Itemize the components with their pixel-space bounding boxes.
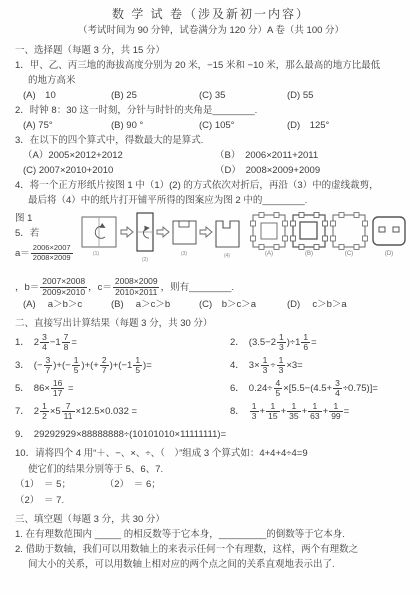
- q1-option-b: (B) 25: [111, 88, 199, 103]
- calc-item-5-expression: 86×1617 =: [34, 379, 74, 399]
- calc-item-8-number: 8．: [230, 404, 245, 419]
- q2-option-a: (A) 75°: [23, 118, 111, 133]
- q4-stem-line1: 4．将一个正方形纸片按图 1 中（1）(2) 的方式依次对折后，再沿（3）中的虚…: [15, 178, 407, 193]
- calc-item-8-expression: 13+115+135+163+199=: [249, 402, 349, 422]
- section2-grid: 1． 234−178= 2． (3.5−213)÷116= 3． (−37)+(…: [15, 331, 407, 423]
- pattern-option-a-label: (A): [249, 251, 289, 258]
- calc-item-1-number: 1．: [15, 335, 30, 350]
- q3-option-c: (C) 2007×2010+2010: [23, 163, 215, 178]
- calc-item-3-expression: (−37)+(−15)+(+27)+(−115)=: [34, 356, 152, 376]
- q3-options-row2: (C) 2007×2010+2010 （D） 2008×2009+2009: [15, 163, 407, 178]
- fold-step4-label: (4): [224, 253, 230, 259]
- fold-step1-label: (1): [93, 251, 99, 257]
- q1-stem-line1: 1．甲、乙、丙三地的海拔高度分别为 20 米，−15 米和 −10 米，那么最高…: [15, 58, 407, 73]
- q5-a-expression: a＝2006×20072008×2009: [15, 241, 81, 265]
- figure-block: 图 1 5．若 a＝2006×20072008×2009: [15, 211, 407, 275]
- pattern-option-c-figure: [329, 211, 369, 251]
- calc-item-7-expression: 212×5711×12.5×0.032 =: [34, 402, 137, 422]
- q2-option-b: (B) 90 °: [111, 118, 199, 133]
- pattern-option-c-label: (C): [329, 251, 369, 258]
- pattern-option-c: (C): [329, 211, 369, 258]
- fill-item-2-line2: 间大小的关系，可以用数轴上相对应的两个点之间的关系直观地表示出了.: [15, 557, 407, 572]
- calc-item-10-spacer: [74, 479, 103, 490]
- q3-option-a: （A）2005×2012+2012: [23, 148, 215, 163]
- q5-options: (A) a＞b＞c (B) a＞c＞b (C) b＞c＞a (D) c＞b＞a: [15, 297, 407, 312]
- fold-step3-label: (3): [181, 251, 187, 257]
- q5-prefix: 5．若: [15, 226, 81, 241]
- paper-title: 数 学 试 卷（涉及新初一内容）: [15, 6, 407, 23]
- calc-item-6-number: 6．: [230, 381, 245, 396]
- q5-option-d: (D) c＞b＞a: [287, 297, 347, 312]
- q5-option-b: (B) a＞c＞b: [111, 297, 199, 312]
- q3-stem: 3．在以下的四个算式中，得数最大的是算式.: [15, 133, 407, 148]
- pattern-option-b: (B): [289, 211, 329, 258]
- q1-option-a: (A) 10: [23, 88, 111, 103]
- calc-item-4: 4． 3×13÷13×3=: [230, 354, 407, 377]
- calc-item-10-blank3: （2） ＝ 7.: [15, 493, 407, 509]
- calc-item-1: 1． 234−178=: [15, 331, 230, 354]
- calc-item-9: 9． 29292929×88888888÷(10101010×11111111)…: [15, 423, 407, 446]
- pattern-option-d-figure: [369, 211, 409, 251]
- calc-item-2-expression: (3.5−213)÷116=: [249, 333, 317, 353]
- paper-subtitle: （考试时间为 90 分钟，试卷满分为 120 分）A 卷（共 100 分）: [15, 23, 407, 39]
- q5-bc-expression: ，b＝2007×20082009×2010，c＝2008×20092010×20…: [15, 277, 407, 297]
- pattern-option-d-label: (D): [369, 251, 409, 258]
- fold-step2-label: (2): [142, 257, 148, 263]
- calc-item-6-expression: 0.24÷45×[5.5−(4.5+34÷0.75)]=: [249, 379, 378, 399]
- calc-item-10-blanks-row1: （1） ＝ 5； （2） ＝ 6；: [15, 477, 407, 493]
- q1-stem-line2: 的地方高米: [15, 73, 407, 88]
- q1-option-d: (D) 55: [287, 88, 313, 103]
- pattern-option-a: (A): [249, 211, 289, 258]
- q2-options: (A) 75° (B) 90 ° (C) 105° (D) 125°: [15, 118, 407, 133]
- calc-item-10-line2: 使它们的结果分别等于 5、6、7.: [15, 462, 407, 478]
- figure-left-column: 图 1 5．若 a＝2006×20072008×2009: [15, 211, 81, 265]
- calc-item-9-expression: 29292929×88888888÷(10101010×11111111)=: [34, 427, 226, 442]
- q2-option-c: (C) 105°: [199, 118, 287, 133]
- calc-item-7: 7． 212×5711×12.5×0.032 =: [15, 400, 230, 423]
- calc-item-2: 2． (3.5−213)÷116=: [230, 331, 407, 354]
- q3-options-row1: （A）2005×2012+2012 （B） 2006×2011+2011: [15, 148, 407, 163]
- calc-item-1-expression: 234−178=: [34, 333, 77, 353]
- calc-item-7-number: 7．: [15, 404, 30, 419]
- section1-heading: 一、选择题（每题 3 分，共 15 分）: [15, 43, 407, 58]
- q5-option-a: (A) a＞b＞c: [23, 297, 111, 312]
- q1-options: (A) 10 (B) 25 (C) 35 (D) 55: [15, 88, 407, 103]
- pattern-option-b-label: (B): [289, 251, 329, 258]
- calc-item-5-number: 5．: [15, 381, 30, 396]
- q1-option-c: (C) 35: [199, 88, 287, 103]
- fill-item-2-line1: 2. 借助于数轴，我们可以用数轴上的来表示任何一个有理数，这样，两个有理数之: [15, 542, 407, 557]
- q2-stem: 2．时钟 8：30 这一时刻，分针与时针的夹角是________.: [15, 103, 407, 118]
- fill-item-1: 1. 在有理数范围内 _____ 的相反数等于它本身，_________的倒数等…: [15, 527, 407, 542]
- test-paper-page: 数 学 试 卷（涉及新初一内容） （考试时间为 90 分钟，试卷满分为 120 …: [0, 0, 420, 597]
- calc-item-6: 6． 0.24÷45×[5.5−(4.5+34÷0.75)]=: [230, 377, 407, 400]
- pattern-option-d: (D): [369, 211, 409, 258]
- calc-item-2-number: 2．: [230, 335, 245, 350]
- q3-option-b: （B） 2006×2011+2011: [215, 148, 407, 163]
- calc-item-10-blank1: （1） ＝ 5；: [15, 479, 71, 490]
- calc-item-4-number: 4．: [230, 358, 245, 373]
- pattern-options: (A) (B): [241, 211, 409, 258]
- calc-item-10: 10．请将四个 4 用“＋、−、×、÷、（ ）”组成 3 个算式如：4+4+4÷…: [15, 446, 407, 508]
- calc-item-8: 8． 13+115+135+163+199=: [230, 400, 407, 423]
- calc-item-10-blank2: （2） ＝ 6；: [105, 479, 161, 490]
- calc-item-4-expression: 3×13÷13×3=: [249, 356, 303, 376]
- calc-item-3-number: 3．: [15, 358, 30, 373]
- calc-item-5: 5． 86×1617 =: [15, 377, 230, 400]
- q4-stem-line2: 最后将（4）中的纸片打开铺平所得的图案应为图 2 中的________.: [15, 193, 407, 208]
- pattern-option-a-figure: [249, 211, 289, 251]
- section3-heading: 三、填空题（每题 3 分，共 30 分）: [15, 512, 407, 527]
- q2-option-d: (D) 125°: [287, 118, 329, 133]
- calc-item-10-line1: 10．请将四个 4 用“＋、−、×、÷、（ ）”组成 3 个算式如：4+4+4÷…: [15, 446, 407, 462]
- fold-sequence-figure: (1) (2) (3) (4): [81, 211, 241, 271]
- section2-heading: 二、直接写出计算结果（每题 3 分，共 30 分）: [15, 316, 407, 331]
- calc-item-9-number: 9．: [15, 427, 30, 442]
- figure1-label: 图 1: [15, 211, 81, 226]
- pattern-option-b-figure: [289, 211, 329, 251]
- calc-item-3: 3． (−37)+(−15)+(+27)+(−115)=: [15, 354, 230, 377]
- q3-option-d: （D） 2008×2009+2009: [215, 163, 407, 178]
- q5-option-c: (C) b＞c＞a: [199, 297, 287, 312]
